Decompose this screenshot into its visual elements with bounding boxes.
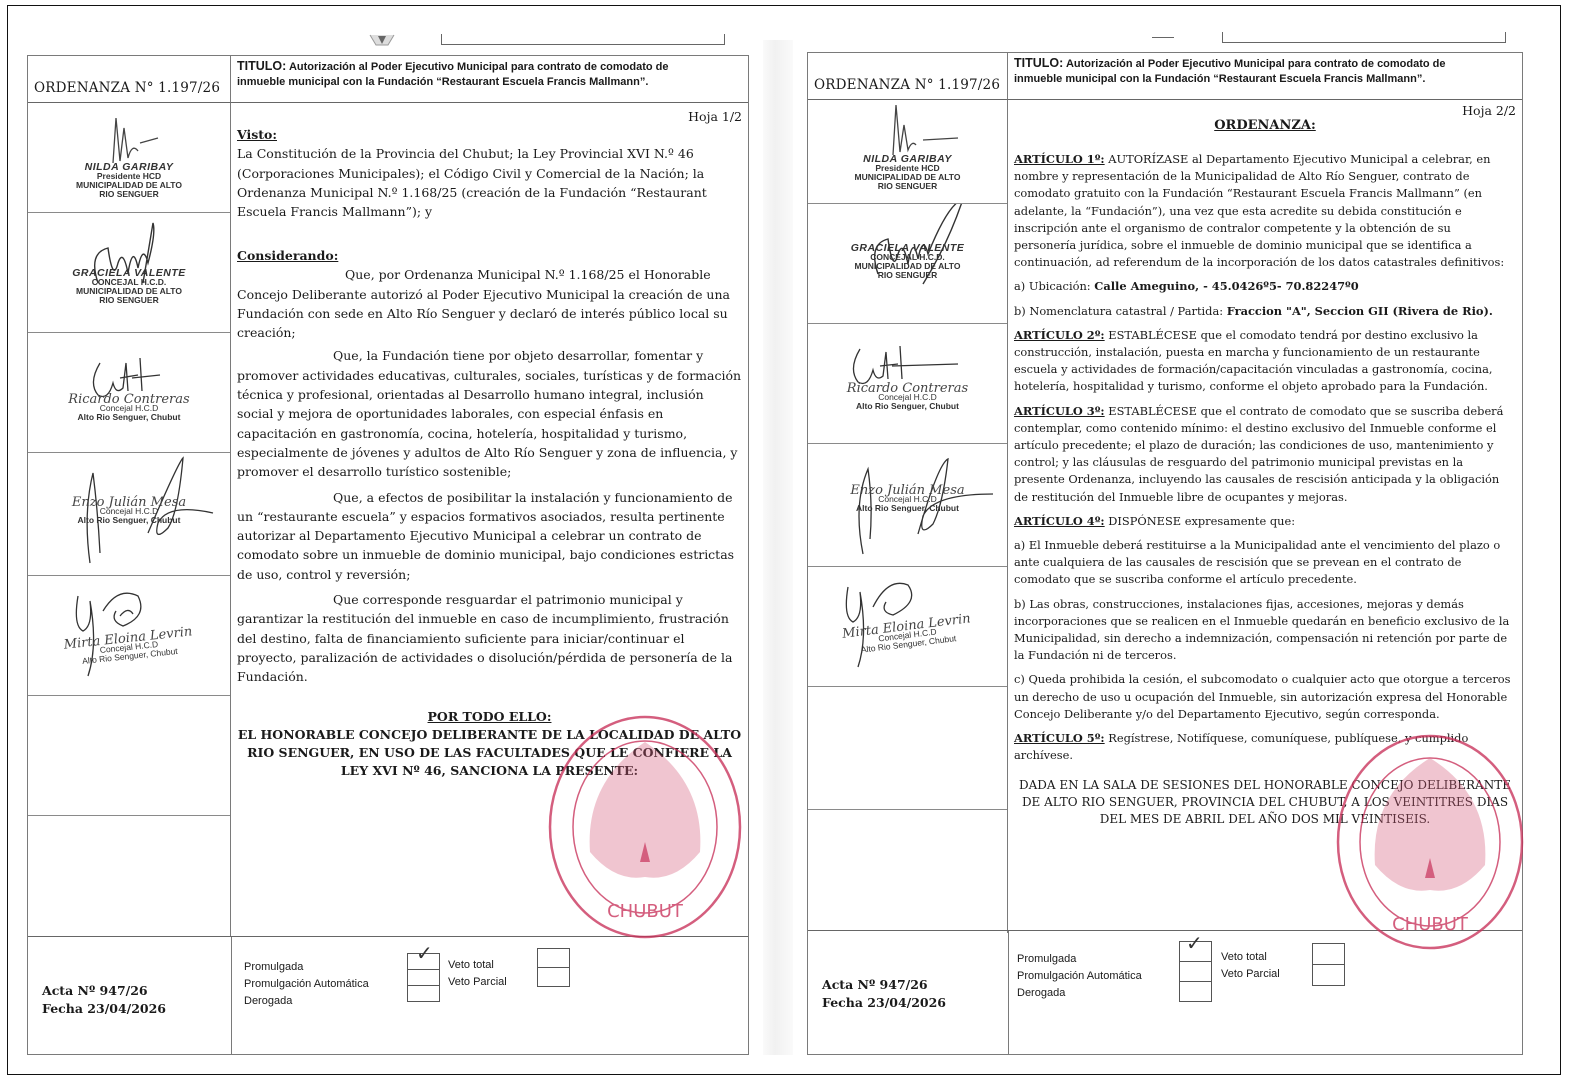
ordenanza-heading: ORDENANZA: [1008, 118, 1522, 133]
signature-mirta-eloina-levrin: Mirta Eloina Levrin Concejal H.C.D Alto … [808, 567, 1007, 687]
checkbox-promulgacion-automatica[interactable] [1179, 961, 1212, 982]
considerando-paragraph: Que corresponde resguardar el patrimonio… [237, 590, 742, 686]
signature-nilda-garibay: NILDA GARIBAY Presidente HCD MUNICIPALID… [28, 103, 230, 213]
article-3: ARTÍCULO 3º: ESTABLÉCESE que el contrato… [1014, 403, 1516, 506]
article-4-item: b) Las obras, construcciones, instalacio… [1014, 596, 1516, 665]
checkbox-derogada[interactable] [1179, 981, 1212, 1002]
article-5: ARTÍCULO 5º: Regístrese, Notifíquese, co… [1014, 730, 1516, 764]
signature-empty-1 [808, 687, 1007, 810]
por-todo-ello-heading: POR TODO ELLO: [237, 708, 742, 726]
signature-column: NILDA GARIBAY Presidente HCD MUNICIPALID… [808, 100, 1008, 933]
ordinance-sheet: ORDENANZA N° 1.197/26 TITULO: Autorizaci… [27, 55, 749, 1055]
signature-mirta-eloina-levrin: Mirta Eloina Levrin Concejal H.C.D Alto … [28, 576, 230, 696]
footer-section: Acta Nº 947/26 Fecha 23/04/2026 Promulga… [808, 930, 1522, 1054]
considerando-paragraph: Que, por Ordenanza Municipal N.º 1.168/2… [237, 265, 742, 342]
checkbox-veto-parcial[interactable] [1312, 964, 1345, 986]
considerando-paragraph: Que, la Fundación tiene por objeto desar… [237, 346, 742, 481]
status-options-right: Veto total Veto Parcial [1221, 949, 1280, 983]
acta-date: Fecha 23/04/2026 [822, 994, 946, 1012]
ordinance-number: ORDENANZA N° 1.197/26 [808, 53, 1008, 100]
checkbox-promulgacion-automatica[interactable] [407, 969, 440, 986]
sanction-text: EL HONORABLE CONCEJO DELIBERANTE DE LA L… [237, 726, 742, 780]
signature-empty-2 [28, 816, 230, 936]
acta-number: Acta Nº 947/26 [42, 982, 166, 1000]
ordinance-title: TITULO: Autorización al Poder Ejecutivo … [231, 56, 748, 103]
article-4-item: c) Queda prohibida la cesión, el subcomo… [1014, 671, 1516, 723]
status-options-left: Promulgada Promulgación Automática Derog… [1017, 951, 1142, 1002]
page-2: ORDENANZA N° 1.197/26 TITULO: Autorizaci… [772, 0, 1578, 1087]
signature-ricardo-contreras: Ricardo Contreras Concejal H.C.D Alto Ri… [808, 324, 1007, 444]
article-4-item: a) El Inmueble deberá restituirse a la M… [1014, 537, 1516, 589]
ordinance-title: TITULO: Autorización al Poder Ejecutivo … [1008, 53, 1522, 100]
signature-enzo-julian-mesa: Enzo Julián Mesa Concejal H.C.D Alto Rio… [28, 453, 230, 576]
header-stamp-box [1222, 32, 1506, 43]
article-1: ARTÍCULO 1º: AUTORÍZASE al Departamento … [1014, 151, 1516, 271]
sanction-block: POR TODO ELLO: EL HONORABLE CONCEJO DELI… [237, 708, 742, 780]
acta-date: Fecha 23/04/2026 [42, 1000, 166, 1018]
articles: ARTÍCULO 1º: AUTORÍZASE al Departamento … [1014, 151, 1516, 835]
visto-text: La Constitución de la Provincia del Chub… [237, 144, 742, 221]
considerando-section: Considerando: Que, por Ordenanza Municip… [237, 246, 742, 687]
signature-ricardo-contreras: Ricardo Contreras Concejal H.C.D Alto Ri… [28, 333, 230, 453]
checkbox-veto-total[interactable] [1312, 943, 1345, 965]
signature-graciela-valente: GRACIELA VALENTE CONCEJAL H.C.D. MUNICIP… [808, 204, 1007, 324]
article-4: ARTÍCULO 4º: DISPÓNESE expresamente que: [1014, 513, 1516, 530]
visto-section: Visto: La Constitución de la Provincia d… [237, 125, 742, 221]
checkbox-derogada[interactable] [407, 985, 440, 1002]
signature-nilda-garibay: NILDA GARIBAY Presidente HCD MUNICIPALID… [808, 100, 1007, 204]
sheet-number: Hoja 1/2 [688, 109, 742, 124]
article-2: ARTÍCULO 2º: ESTABLÉCESE que el comodato… [1014, 327, 1516, 396]
signature-column: NILDA GARIBAY Presidente HCD MUNICIPALID… [28, 103, 231, 936]
acta-number: Acta Nº 947/26 [822, 976, 946, 994]
signature-empty-2 [808, 810, 1007, 933]
checkbox-veto-parcial[interactable] [537, 967, 570, 987]
header-stamp-box [441, 34, 725, 45]
check-icon: ✓ [416, 943, 433, 963]
footer-section: Acta Nº 947/26 Fecha 23/04/2026 Promulga… [28, 936, 748, 1054]
status-options-right: Veto total Veto Parcial [448, 957, 507, 991]
ordinance-number: ORDENANZA N° 1.197/26 [28, 56, 231, 103]
check-icon: ✓ [1186, 933, 1203, 953]
crest-logo-icon [368, 32, 396, 46]
page-1: ORDENANZA N° 1.197/26 TITULO: Autorizaci… [0, 0, 770, 1087]
acta-info: Acta Nº 947/26 Fecha 23/04/2026 [42, 982, 166, 1018]
considerando-heading: Considerando: [237, 246, 742, 265]
signature-graciela-valente: GRACIELA VALENTE CONCEJAL H.C.D. MUNICIP… [28, 213, 230, 333]
signature-empty-1 [28, 696, 230, 816]
dada-en-sala-text: DADA EN LA SALA DE SESIONES DEL HONORABL… [1014, 777, 1516, 828]
ordinance-sheet: ORDENANZA N° 1.197/26 TITULO: Autorizaci… [807, 52, 1523, 1055]
sheet-number: Hoja 2/2 [1462, 103, 1516, 118]
article-1-cadastral: b) Nomenclatura catastral / Partida: Fra… [1014, 303, 1516, 320]
checkbox-veto-total[interactable] [537, 948, 570, 968]
visto-heading: Visto: [237, 125, 742, 144]
status-options-left: Promulgada Promulgación Automática Derog… [244, 959, 369, 1010]
considerando-paragraph: Que, a efectos de posibilitar la instala… [237, 488, 742, 584]
article-1-location: a) Ubicación: Calle Ameguino, - 45.0426º… [1014, 278, 1516, 295]
signature-enzo-julian-mesa: Enzo Julián Mesa Concejal H.C.D Alto Rio… [808, 444, 1007, 567]
acta-info: Acta Nº 947/26 Fecha 23/04/2026 [822, 976, 946, 1012]
